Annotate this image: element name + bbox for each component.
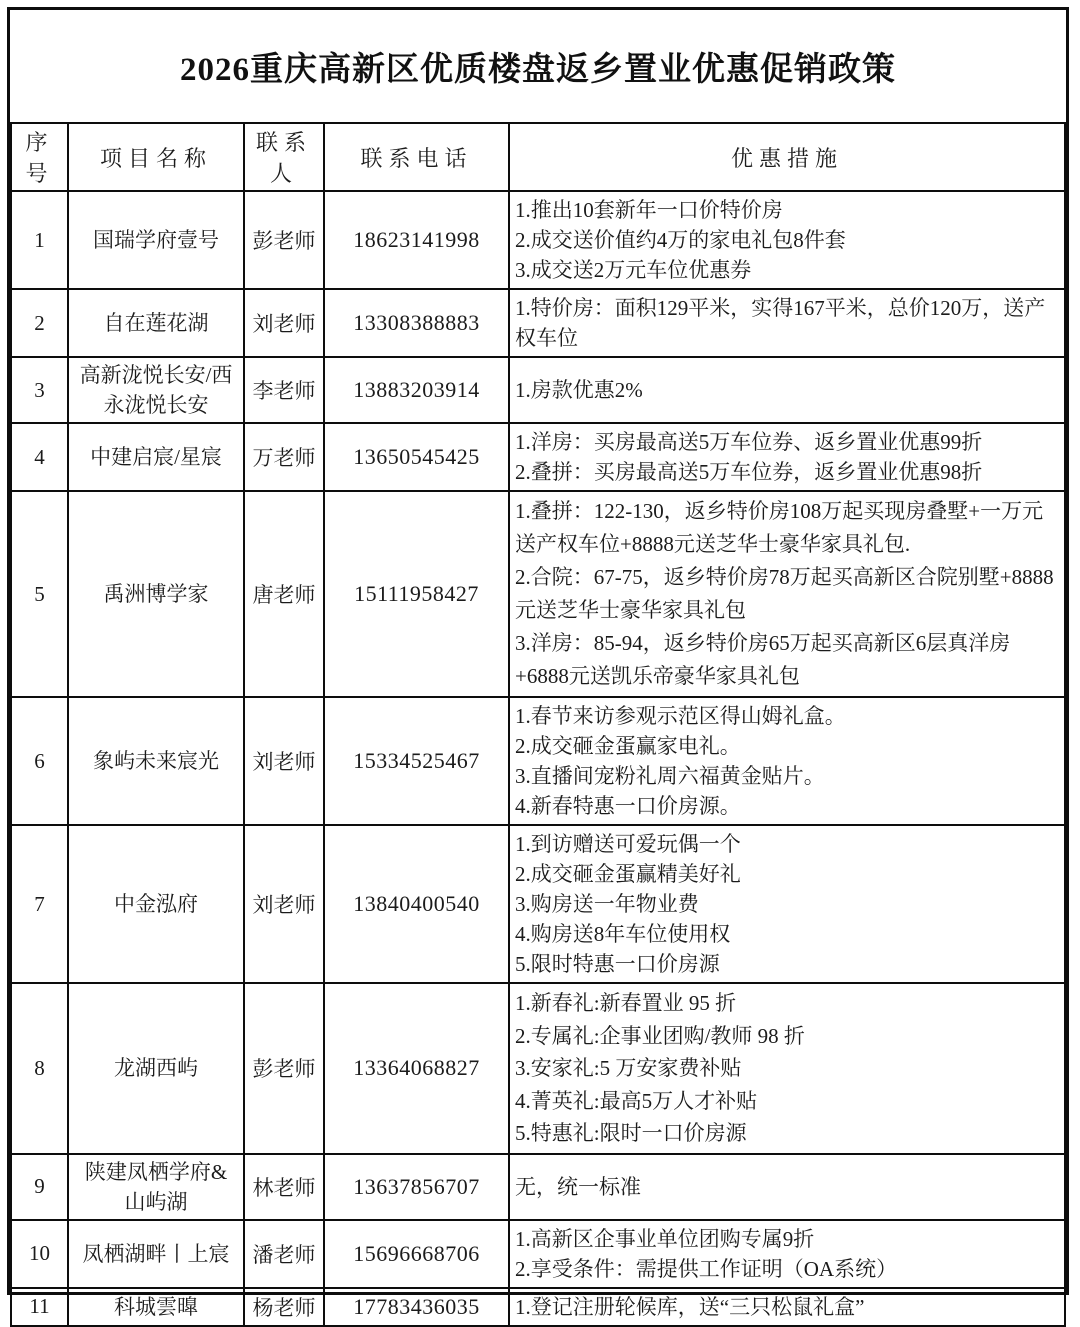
offer-line: 5.特惠礼:限时一口价房源 <box>515 1117 1056 1150</box>
row-contact: 彭老师 <box>244 191 324 289</box>
table-row: 10 凤栖湖畔丨上宸 潘老师 15696668706 1.高新区企事业单位团购专… <box>11 1220 1065 1288</box>
row-seq: 1 <box>11 191 68 289</box>
row-offers: 1.推出10套新年一口价特价房2.成交送价值约4万的家电礼包8件套 3.成交送2… <box>509 191 1065 289</box>
document-frame: 2026重庆高新区优质楼盘返乡置业优惠促销政策 序号 项目名称 联系人 联系电话… <box>7 7 1069 1295</box>
table-row: 9 陕建凤栖学府&山屿湖 林老师 13637856707 无，统一标准 <box>11 1154 1065 1220</box>
table-row: 6 象屿未来宸光 刘老师 15334525467 1.春节来访参观示范区得山姆礼… <box>11 697 1065 825</box>
row-project-name: 科城雲曍 <box>68 1288 244 1304</box>
row-offers: 1.新春礼:新春置业 95 折2.专属礼:企事业团购/教师 98 折3.安家礼:… <box>509 983 1065 1154</box>
offer-line: 4.菁英礼:最高5万人才补贴 <box>515 1085 1056 1118</box>
offer-line: 1.叠拼：122-130，返乡特价房108万起买现房叠墅+一万元送产权车位+88… <box>515 495 1056 561</box>
offer-line: 1.新春礼:新春置业 95 折 <box>515 987 1056 1020</box>
offer-line: 2.成交砸金蛋赢家电礼。 <box>515 731 1056 761</box>
row-offers: 1.到访赠送可爱玩偶一个2.成交砸金蛋赢精美好礼3.购房送一年物业费4.购房送8… <box>509 825 1065 983</box>
header-phone: 联系电话 <box>324 123 509 191</box>
row-contact: 刘老师 <box>244 697 324 825</box>
row-project-name: 龙湖西屿 <box>68 983 244 1154</box>
row-contact: 李老师 <box>244 357 324 423</box>
row-offers: 1.叠拼：122-130，返乡特价房108万起买现房叠墅+一万元送产权车位+88… <box>509 491 1065 697</box>
row-contact: 刘老师 <box>244 289 324 357</box>
table-body: 1 国瑞学府壹号 彭老师 18623141998 1.推出10套新年一口价特价房… <box>11 191 1065 1303</box>
row-project-name: 凤栖湖畔丨上宸 <box>68 1220 244 1288</box>
table-row: 11 科城雲曍 杨老师 17783436035 1.登记注册轮候库，送“三只松鼠… <box>11 1288 1065 1304</box>
offer-line: 3.安家礼:5 万安家费补贴 <box>515 1052 1056 1085</box>
row-project-name: 禹洲博学家 <box>68 491 244 697</box>
row-phone: 15111958427 <box>324 491 509 697</box>
offer-line: 1.高新区企事业单位团购专属9折 <box>515 1224 1056 1254</box>
table-row: 1 国瑞学府壹号 彭老师 18623141998 1.推出10套新年一口价特价房… <box>11 191 1065 289</box>
row-offers: 无，统一标准 <box>509 1154 1065 1220</box>
row-contact: 刘老师 <box>244 825 324 983</box>
row-seq: 2 <box>11 289 68 357</box>
table-header-row: 序号 项目名称 联系人 联系电话 优惠措施 <box>11 123 1065 191</box>
table-row: 7 中金泓府 刘老师 13840400540 1.到访赠送可爱玩偶一个2.成交砸… <box>11 825 1065 983</box>
row-seq: 8 <box>11 983 68 1154</box>
offer-line: 2.合院：67-75，返乡特价房78万起买高新区合院别墅+8888元送芝华士豪华… <box>515 561 1056 627</box>
table-row: 4 中建启宸/星宸 万老师 13650545425 1.洋房：买房最高送5万车位… <box>11 423 1065 491</box>
offer-line: 5.限时特惠一口价房源 <box>515 949 1056 979</box>
row-seq: 4 <box>11 423 68 491</box>
table-row: 8 龙湖西屿 彭老师 13364068827 1.新春礼:新春置业 95 折2.… <box>11 983 1065 1154</box>
row-seq: 9 <box>11 1154 68 1220</box>
offer-line: 1.春节来访参观示范区得山姆礼盒。 <box>515 701 1056 731</box>
row-phone: 13637856707 <box>324 1154 509 1220</box>
row-phone: 13308388883 <box>324 289 509 357</box>
row-contact: 万老师 <box>244 423 324 491</box>
row-offers: 1.高新区企事业单位团购专属9折2.享受条件：需提供工作证明（OA系统） <box>509 1220 1065 1288</box>
table-row: 5 禹洲博学家 唐老师 15111958427 1.叠拼：122-130，返乡特… <box>11 491 1065 697</box>
row-seq: 5 <box>11 491 68 697</box>
row-phone: 13364068827 <box>324 983 509 1154</box>
row-seq: 10 <box>11 1220 68 1288</box>
row-offers: 1.登记注册轮候库，送“三只松鼠礼盒” <box>509 1288 1065 1304</box>
row-offers: 1.房款优惠2% <box>509 357 1065 423</box>
promotion-table: 序号 项目名称 联系人 联系电话 优惠措施 1 国瑞学府壹号 彭老师 18623… <box>10 122 1066 1303</box>
row-offers: 1.特价房：面积129平米，实得167平米，总价120万，送产权车位 <box>509 289 1065 357</box>
table-row: 3 高新泷悦长安/西永泷悦长安 李老师 13883203914 1.房款优惠2% <box>11 357 1065 423</box>
offer-line: 2.享受条件：需提供工作证明（OA系统） <box>515 1254 1056 1284</box>
row-phone: 13840400540 <box>324 825 509 983</box>
offer-line: 1.房款优惠2% <box>515 375 1056 405</box>
offer-line: 2.成交砸金蛋赢精美好礼 <box>515 859 1056 889</box>
row-phone: 15696668706 <box>324 1220 509 1288</box>
table-row: 2 自在莲花湖 刘老师 13308388883 1.特价房：面积129平米，实得… <box>11 289 1065 357</box>
row-contact: 潘老师 <box>244 1220 324 1288</box>
offer-line: 2.成交送价值约4万的家电礼包8件套 <box>515 225 1056 255</box>
row-contact: 唐老师 <box>244 491 324 697</box>
offer-line: 1.推出10套新年一口价特价房 <box>515 195 1056 225</box>
offer-line: 3.成交送2万元车位优惠券 <box>515 255 1056 285</box>
row-contact: 彭老师 <box>244 983 324 1154</box>
row-seq: 7 <box>11 825 68 983</box>
row-offers: 1.春节来访参观示范区得山姆礼盒。2.成交砸金蛋赢家电礼。3.直播间宠粉礼周六福… <box>509 697 1065 825</box>
row-contact: 林老师 <box>244 1154 324 1220</box>
row-seq: 6 <box>11 697 68 825</box>
offer-line: 1.登记注册轮候库，送“三只松鼠礼盒” <box>515 1292 1056 1304</box>
header-seq: 序号 <box>11 123 68 191</box>
offer-line: 无，统一标准 <box>515 1172 1056 1202</box>
header-project-name: 项目名称 <box>68 123 244 191</box>
offer-line: 1.特价房：面积129平米，实得167平米，总价120万，送产权车位 <box>515 293 1056 353</box>
row-project-name: 象屿未来宸光 <box>68 697 244 825</box>
row-contact: 杨老师 <box>244 1288 324 1304</box>
row-seq: 11 <box>11 1288 68 1304</box>
offer-line: 4.新春特惠一口价房源。 <box>515 791 1056 821</box>
row-project-name: 高新泷悦长安/西永泷悦长安 <box>68 357 244 423</box>
row-phone: 13650545425 <box>324 423 509 491</box>
row-project-name: 中金泓府 <box>68 825 244 983</box>
offer-line: 3.购房送一年物业费 <box>515 889 1056 919</box>
offer-line: 1.洋房：买房最高送5万车位券、返乡置业优惠99折 <box>515 427 1056 457</box>
row-project-name: 陕建凤栖学府&山屿湖 <box>68 1154 244 1220</box>
header-contact: 联系人 <box>244 123 324 191</box>
row-offers: 1.洋房：买房最高送5万车位券、返乡置业优惠99折2.叠拼：买房最高送5万车位券… <box>509 423 1065 491</box>
offer-line: 2.叠拼：买房最高送5万车位券，返乡置业优惠98折 <box>515 457 1056 487</box>
offer-line: 1.到访赠送可爱玩偶一个 <box>515 829 1056 859</box>
page-title: 2026重庆高新区优质楼盘返乡置业优惠促销政策 <box>10 10 1066 122</box>
offer-line: 3.洋房：85-94，返乡特价房65万起买高新区6层真洋房+6888元送凯乐帝豪… <box>515 627 1056 693</box>
row-phone: 17783436035 <box>324 1288 509 1304</box>
header-offers: 优惠措施 <box>509 123 1065 191</box>
offer-line: 3.直播间宠粉礼周六福黄金贴片。 <box>515 761 1056 791</box>
row-project-name: 自在莲花湖 <box>68 289 244 357</box>
row-seq: 3 <box>11 357 68 423</box>
row-project-name: 中建启宸/星宸 <box>68 423 244 491</box>
row-phone: 15334525467 <box>324 697 509 825</box>
row-phone: 13883203914 <box>324 357 509 423</box>
offer-line: 4.购房送8年车位使用权 <box>515 919 1056 949</box>
row-phone: 18623141998 <box>324 191 509 289</box>
offer-line: 2.专属礼:企事业团购/教师 98 折 <box>515 1020 1056 1053</box>
row-project-name: 国瑞学府壹号 <box>68 191 244 289</box>
